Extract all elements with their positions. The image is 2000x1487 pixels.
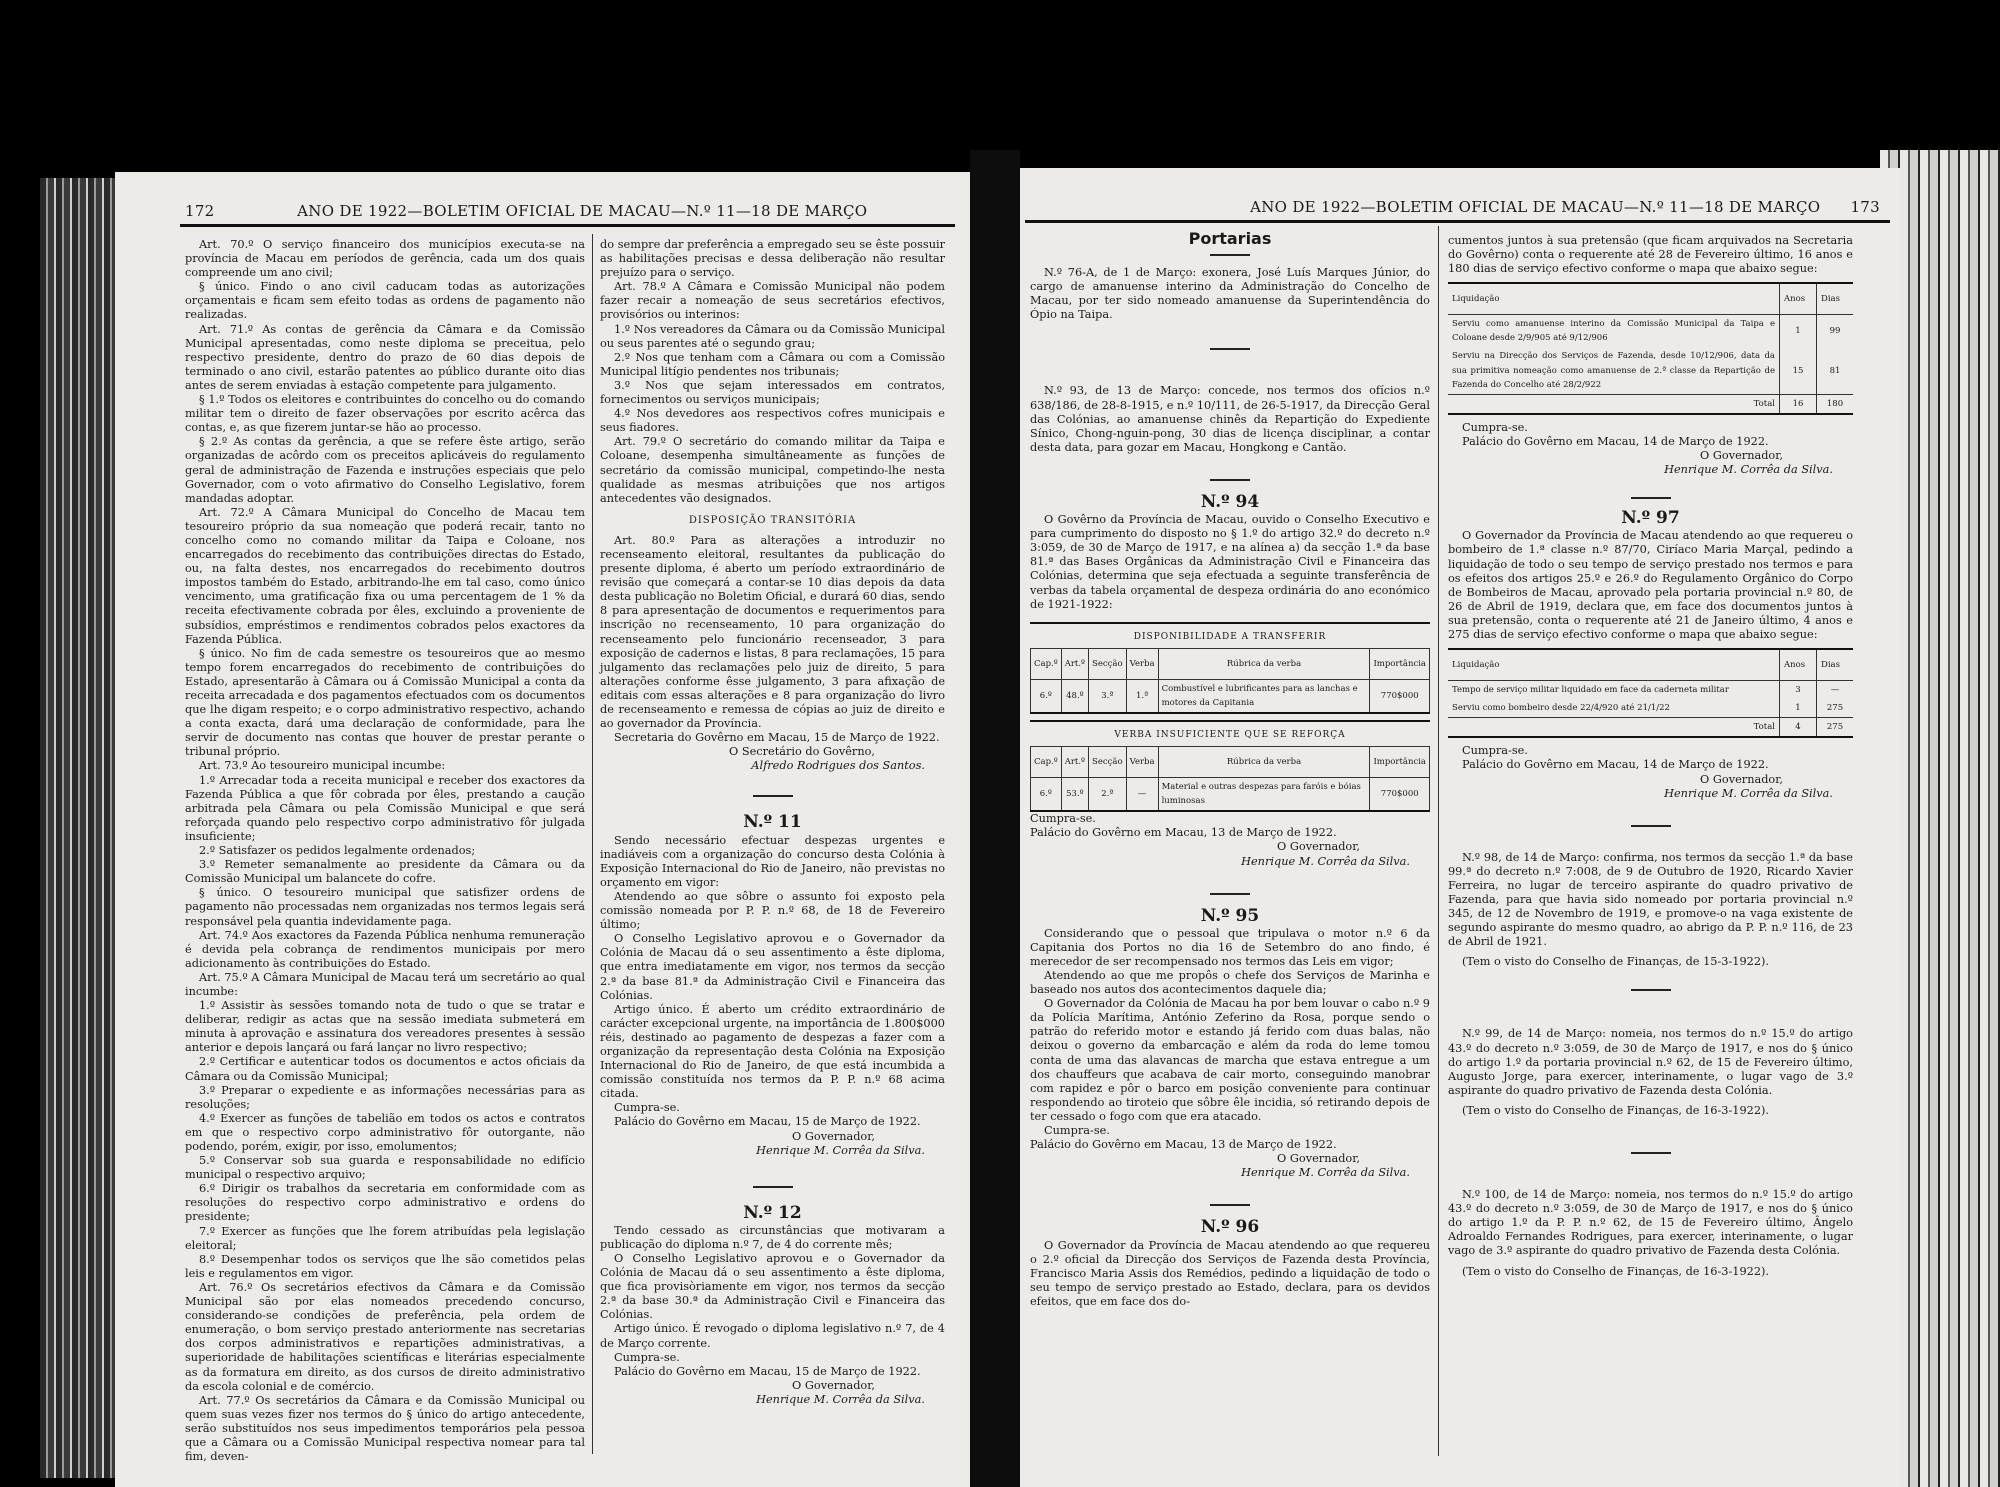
liquidacao-table-96: Liquidação Anos Dias Serviu como amanuen…	[1448, 282, 1853, 415]
portaria-97-title: N.º 97	[1448, 511, 1853, 525]
signature-name: Henrique M. Corrêa da Silva.	[1448, 463, 1853, 477]
article-paragraph: Art. 73.º Ao tesoureiro municipal incumb…	[185, 759, 585, 773]
diploma-paragraph: Sendo necessário efectuar despezas urgen…	[600, 834, 945, 890]
book-gutter	[970, 150, 1020, 1487]
col-art: Art.º	[1061, 747, 1088, 778]
table-total-row: Total 16 180	[1448, 394, 1853, 414]
article-paragraph: 4.º Nos devedores aos respectivos cofres…	[600, 407, 945, 435]
head-rule	[180, 224, 955, 227]
signature-role: O Governador,	[1448, 449, 1853, 463]
article-paragraph: Art. 72.º A Câmara Municipal do Concelho…	[185, 506, 585, 647]
separator-rule	[1631, 1152, 1671, 1154]
running-head-left: 172 ANO DE 1922—BOLETIM OFICIAL DE MACAU…	[185, 202, 950, 220]
liquidacao-table-97: Liquidação Anos Dias Tempo de serviço mi…	[1448, 648, 1853, 738]
table-row: Tempo de serviço militar liquidado em fa…	[1448, 681, 1853, 700]
signature-name: Henrique M. Corrêa da Silva.	[1030, 855, 1430, 869]
article-paragraph: 2.º Satisfazer os pedidos legalmente ord…	[185, 844, 585, 858]
column-divider	[592, 234, 593, 1454]
cell: 6.º	[1031, 679, 1062, 713]
portaria-97-text: O Governador da Província de Macau atend…	[1448, 529, 1853, 642]
cell: Serviu como bombeiro desde 22/4/920 até …	[1448, 699, 1780, 718]
cell: 4	[1780, 718, 1817, 738]
diploma-12-title: N.º 12	[600, 1206, 945, 1220]
signature-role: O Secretário do Govêrno,	[600, 745, 945, 759]
right-page: ANO DE 1922—BOLETIM OFICIAL DE MACAU—N.º…	[1020, 168, 1900, 1487]
running-title-right: ANO DE 1922—BOLETIM OFICIAL DE MACAU—N.º…	[1220, 198, 1850, 216]
cell: 3.ª	[1089, 679, 1127, 713]
signature-name: Henrique M. Corrêa da Silva.	[600, 1144, 945, 1158]
article-paragraph: 3.º Preparar o expediente e as informaçõ…	[185, 1084, 585, 1112]
signature-place: Palácio do Govêrno em Macau, 14 de Março…	[1448, 758, 1853, 772]
portaria-94-text: O Govêrno da Província de Macau, ouvido …	[1030, 513, 1430, 612]
col-seccao: Secção	[1089, 747, 1127, 778]
cumpra-se: Cumpra-se.	[1448, 744, 1853, 758]
signature-place: Palácio do Govêrno em Macau, 13 de Março…	[1030, 1138, 1430, 1152]
cell: 180	[1817, 394, 1854, 414]
book-edge-left	[40, 178, 120, 1478]
col-rubrica: Rúbrica da verba	[1158, 648, 1370, 679]
article-paragraph: § 2.º As contas da gerência, a que se re…	[185, 435, 585, 505]
signature-place: Palácio do Govêrno em Macau, 15 de Março…	[600, 1115, 945, 1129]
signature-place: Secretaria do Govêrno em Macau, 15 de Ma…	[600, 731, 945, 745]
article-paragraph: § único. Findo o ano civil caducam todas…	[185, 280, 585, 322]
article-paragraph: Art. 74.º Aos exactores da Fazenda Públi…	[185, 929, 585, 971]
portarias-heading: Portarias	[1030, 232, 1430, 246]
cell: 275	[1817, 718, 1854, 738]
signature-name: Henrique M. Corrêa da Silva.	[600, 1393, 945, 1407]
separator-rule	[753, 1186, 793, 1188]
disposicao-transitoria-heading: DISPOSIÇÃO TRANSITÓRIA	[600, 514, 945, 528]
separator-rule	[1210, 893, 1250, 895]
left-column-2: do sempre dar preferência a empregado se…	[600, 238, 945, 1407]
visto-100: (Tem o visto do Conselho de Finanças, de…	[1448, 1265, 1853, 1279]
cell: Combustível e lubrificantes para as lanc…	[1158, 679, 1370, 713]
separator-rule	[1210, 1204, 1250, 1206]
table-total-row: Total 4 275	[1448, 718, 1853, 738]
cell: Serviu como amanuense interino da Comiss…	[1448, 315, 1780, 348]
portaria-99: N.º 99, de 14 de Março: nomeia, nos term…	[1448, 1027, 1853, 1097]
cell: 81	[1817, 347, 1854, 394]
portaria-95-paragraph: O Governador da Colónia de Macau ha por …	[1030, 997, 1430, 1124]
diploma-11-title: N.º 11	[600, 815, 945, 829]
reforco-table: Cap.º Art.º Secção Verba Rúbrica da verb…	[1030, 746, 1430, 812]
signature-role: O Governador,	[600, 1379, 945, 1393]
separator-rule	[1210, 348, 1250, 350]
diploma-paragraph: Atendendo ao que sôbre o assunto foi exp…	[600, 890, 945, 932]
col-anos: Anos	[1780, 283, 1817, 315]
left-page: 172 ANO DE 1922—BOLETIM OFICIAL DE MACAU…	[115, 172, 970, 1487]
table-row: 6.º 48.º 3.ª 1.ª Combustível e lubrifica…	[1031, 679, 1430, 713]
signature-name: Henrique M. Corrêa da Silva.	[1030, 1166, 1430, 1180]
article-paragraph: § único. O tesoureiro municipal que sati…	[185, 886, 585, 928]
separator-rule	[1631, 825, 1671, 827]
cumpra-se: Cumpra-se.	[600, 1101, 945, 1115]
visto-99: (Tem o visto do Conselho de Finanças, de…	[1448, 1104, 1853, 1118]
article-paragraph: 2.º Nos que tenham com a Câmara ou com a…	[600, 351, 945, 379]
signature-name: Alfredo Rodrigues dos Santos.	[600, 759, 945, 773]
article-paragraph: 4.º Exercer as funções de tabelião em to…	[185, 1112, 585, 1154]
cell: 770$000	[1370, 679, 1430, 713]
diploma-paragraph: Artigo único. É revogado o diploma legis…	[600, 1322, 945, 1350]
signature-role: O Governador,	[1448, 773, 1853, 787]
portaria-96-title: N.º 96	[1030, 1220, 1430, 1234]
portaria-94-title: N.º 94	[1030, 495, 1430, 509]
col-dias: Dias	[1817, 649, 1854, 681]
col-verba: Verba	[1126, 747, 1158, 778]
table-row: 6.º 53.º 2.ª — Material e outras despeza…	[1031, 778, 1430, 812]
col-anos: Anos	[1780, 649, 1817, 681]
article-paragraph: 1.º Assistir às sessões tomando nota de …	[185, 999, 585, 1055]
signature-place: Palácio do Govêrno em Macau, 15 de Março…	[600, 1365, 945, 1379]
col-cap: Cap.º	[1031, 747, 1062, 778]
article-80: Art. 80.º Para as alterações a introduzi…	[600, 534, 945, 731]
cumpra-se: Cumpra-se.	[600, 1351, 945, 1365]
table-row: Serviu como amanuense interino da Comiss…	[1448, 315, 1853, 348]
running-head-right: ANO DE 1922—BOLETIM OFICIAL DE MACAU—N.º…	[1220, 198, 1880, 216]
article-paragraph: 3.º Remeter semanalmente ao presidente d…	[185, 858, 585, 886]
portaria-100: N.º 100, de 14 de Março: nomeia, nos ter…	[1448, 1188, 1853, 1258]
cell: 3	[1780, 681, 1817, 700]
left-column-1: Art. 70.º O serviço financeiro dos munic…	[185, 238, 585, 1464]
article-paragraph: Art. 77.º Os secretários da Câmara e da …	[185, 1394, 585, 1464]
cell: 1	[1780, 699, 1817, 718]
column-divider	[1438, 226, 1439, 1456]
col-seccao: Secção	[1089, 648, 1127, 679]
cell: 6.º	[1031, 778, 1062, 812]
col-importancia: Importância	[1370, 747, 1430, 778]
cell: 1.ª	[1126, 679, 1158, 713]
page-number-173: 173	[1850, 198, 1880, 216]
right-column-2: cumentos juntos à sua pretensão (que fic…	[1448, 234, 1853, 1279]
cell: 770$000	[1370, 778, 1430, 812]
reforco-caption: VERBA INSUFICIENTE QUE SE REFORÇA	[1030, 720, 1430, 746]
diploma-paragraph: Artigo único. É aberto um crédito extrao…	[600, 1003, 945, 1102]
portaria-98: N.º 98, de 14 de Março: confirma, nos te…	[1448, 851, 1853, 950]
disponibilidade-caption: DISPONIBILIDADE A TRANSFERIR	[1030, 622, 1430, 648]
signature-role: O Governador,	[600, 1130, 945, 1144]
separator-rule	[1631, 989, 1671, 991]
signature-name: Henrique M. Corrêa da Silva.	[1448, 787, 1853, 801]
cell: 16	[1780, 394, 1817, 414]
head-rule	[1025, 220, 1890, 223]
right-column-1: Portarias N.º 76-A, de 1 de Março: exone…	[1030, 230, 1430, 1309]
col-art: Art.º	[1061, 648, 1088, 679]
cell: Total	[1448, 718, 1780, 738]
table-row: Serviu na Direcção dos Serviços de Fazen…	[1448, 347, 1853, 394]
cell: —	[1126, 778, 1158, 812]
portaria-95-title: N.º 95	[1030, 909, 1430, 923]
article-paragraph: § único. No fim de cada semestre os teso…	[185, 647, 585, 760]
cell: Material e outras despezas para faróis e…	[1158, 778, 1370, 812]
disponibilidade-table: Cap.º Art.º Secção Verba Rúbrica da verb…	[1030, 648, 1430, 714]
diploma-paragraph: O Conselho Legislativo aprovou e o Gover…	[600, 932, 945, 1002]
col-importancia: Importância	[1370, 648, 1430, 679]
portaria-96-continuation: cumentos juntos à sua pretensão (que fic…	[1448, 234, 1853, 276]
visto-98: (Tem o visto do Conselho de Finanças, de…	[1448, 955, 1853, 969]
col-rubrica: Rúbrica da verba	[1158, 747, 1370, 778]
cumpra-se: Cumpra-se.	[1030, 812, 1430, 826]
portaria-76a: N.º 76-A, de 1 de Março: exonera, José L…	[1030, 266, 1430, 322]
col-verba: Verba	[1126, 648, 1158, 679]
signature-role: O Governador,	[1030, 840, 1430, 854]
signature-place: Palácio do Govêrno em Macau, 14 de Março…	[1448, 435, 1853, 449]
portaria-95-paragraph: Atendendo ao que me propôs o chefe dos S…	[1030, 969, 1430, 997]
cell: Tempo de serviço militar liquidado em fa…	[1448, 681, 1780, 700]
portaria-95-paragraph: Considerando que o pessoal que tripulava…	[1030, 927, 1430, 969]
cell: Total	[1448, 394, 1780, 414]
article-paragraph: 3.º Nos que sejam interessados em contra…	[600, 379, 945, 407]
article-paragraph: do sempre dar preferência a empregado se…	[600, 238, 945, 280]
portaria-93: N.º 93, de 13 de Março: concede, nos ter…	[1030, 384, 1430, 454]
col-liquidacao: Liquidação	[1448, 649, 1780, 681]
cell: —	[1817, 681, 1854, 700]
article-paragraph: 7.º Exercer as funções que lhe forem atr…	[185, 1225, 585, 1253]
cell: 1	[1780, 315, 1817, 348]
article-paragraph: 5.º Conservar sob sua guarda e responsab…	[185, 1154, 585, 1182]
cumpra-se: Cumpra-se.	[1448, 421, 1853, 435]
article-paragraph: Art. 71.º As contas de gerência da Câmar…	[185, 323, 585, 393]
cumpra-se: Cumpra-se.	[1030, 1124, 1430, 1138]
diploma-paragraph: Tendo cessado as circunstâncias que moti…	[600, 1224, 945, 1252]
col-liquidacao: Liquidação	[1448, 283, 1780, 315]
cell: 53.º	[1061, 778, 1088, 812]
cell: Serviu na Direcção dos Serviços de Fazen…	[1448, 347, 1780, 394]
article-paragraph: 1.º Nos vereadores da Câmara ou da Comis…	[600, 323, 945, 351]
article-paragraph: 8.º Desempenhar todos os serviços que lh…	[185, 1253, 585, 1281]
separator-rule	[1210, 254, 1250, 256]
running-title-left: ANO DE 1922—BOLETIM OFICIAL DE MACAU—N.º…	[215, 202, 950, 220]
signature-role: O Governador,	[1030, 1152, 1430, 1166]
signature-place: Palácio do Govêrno em Macau, 13 de Março…	[1030, 826, 1430, 840]
article-paragraph: Art. 78.º A Câmara e Comissão Municipal …	[600, 280, 945, 322]
separator-rule	[1210, 479, 1250, 481]
cell: 2.ª	[1089, 778, 1127, 812]
separator-rule	[1631, 497, 1671, 499]
cell: 99	[1817, 315, 1854, 348]
portaria-96-text: O Governador da Província de Macau atend…	[1030, 1239, 1430, 1309]
article-paragraph: 2.º Certificar e autenticar todos os doc…	[185, 1055, 585, 1083]
article-paragraph: Art. 76.º Os secretários efectivos da Câ…	[185, 1281, 585, 1394]
cell: 15	[1780, 347, 1817, 394]
page-number-172: 172	[185, 202, 215, 220]
diploma-paragraph: O Conselho Legislativo aprovou e o Gover…	[600, 1252, 945, 1322]
article-paragraph: 6.º Dirigir os trabalhos da secretaria e…	[185, 1182, 585, 1224]
article-paragraph: § 1.º Todos os eleitores e contribuintes…	[185, 393, 585, 435]
col-cap: Cap.º	[1031, 648, 1062, 679]
separator-rule	[753, 795, 793, 797]
article-paragraph: 1.º Arrecadar toda a receita municipal e…	[185, 774, 585, 844]
col-dias: Dias	[1817, 283, 1854, 315]
article-paragraph: Art. 75.º A Câmara Municipal de Macau te…	[185, 971, 585, 999]
cell: 48.º	[1061, 679, 1088, 713]
article-paragraph: Art. 70.º O serviço financeiro dos munic…	[185, 238, 585, 280]
table-row: Serviu como bombeiro desde 22/4/920 até …	[1448, 699, 1853, 718]
cell: 275	[1817, 699, 1854, 718]
article-paragraph: Art. 79.º O secretário do comando milita…	[600, 435, 945, 505]
